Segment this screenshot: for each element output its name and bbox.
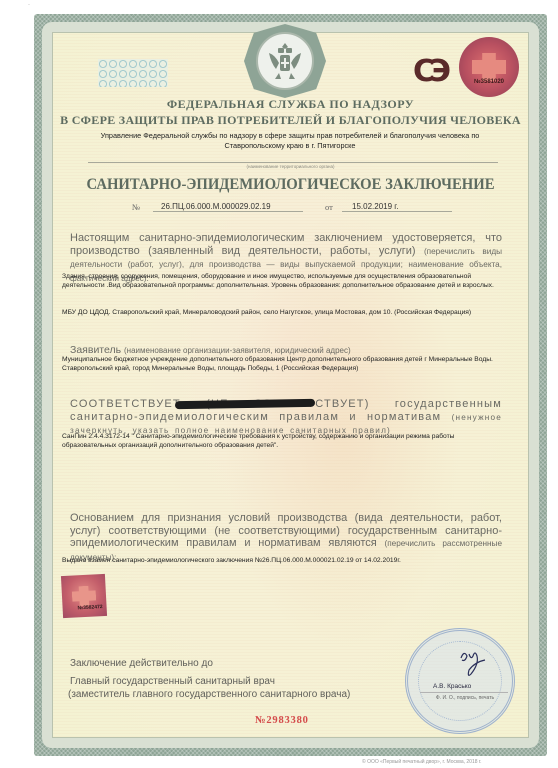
document-number: 26.ПЦ.06.000.М.000029.02.19	[153, 202, 303, 212]
number-label: №	[132, 202, 140, 212]
document-number-row: № 26.ПЦ.06.000.М.000029.02.19 от 15.02.2…	[0, 202, 558, 216]
hologram-seal-icon: №3581020	[459, 37, 519, 97]
security-hologram-strip	[98, 59, 168, 87]
form-serial-number: №2983380	[255, 715, 309, 726]
official-stamp-icon	[405, 628, 515, 734]
department-name: Управление Федеральной службы по надзору…	[70, 131, 510, 151]
printer-imprint: © ООО «Первый печатный двор», г. Москва,…	[362, 759, 482, 765]
coat-of-arms-icon	[256, 32, 314, 90]
scan-mark: ·	[28, 2, 30, 8]
applicant-value: Муниципальное бюджетное учреждение допол…	[62, 355, 502, 373]
document-date: 15.02.2019 г.	[342, 202, 452, 212]
deputy-title: (заместитель главного государственного с…	[68, 689, 350, 700]
valid-until-label: Заключение действительно до	[70, 658, 213, 669]
se-logo: СЭ	[413, 54, 445, 89]
divider	[88, 162, 498, 163]
cross-icon	[71, 585, 96, 606]
hologram-sticker-icon: №3582472	[61, 574, 107, 618]
date-label: от	[325, 202, 333, 212]
hologram-number: №3581020	[459, 79, 519, 85]
basis-value: Выдано взамен санитарно-эпидемиологическ…	[62, 556, 502, 565]
chief-title: Главный государственный санитарный врач	[70, 676, 275, 687]
signer-caption: Ф. И. О., подпись, печать	[420, 695, 510, 701]
object-description: Здания, строения, сооружения, помещения,…	[62, 272, 502, 290]
organ-caption: (наименование территориального органа)	[52, 164, 529, 169]
signer-name: А.В. Красько	[433, 683, 471, 690]
signature-icon	[455, 648, 495, 678]
agency-title-line2: В СФЕРЕ ЗАЩИТЫ ПРАВ ПОТРЕБИТЕЛЕЙ И БЛАГО…	[52, 113, 529, 128]
cross-icon	[472, 53, 506, 81]
object-address: МБУ ДО ЦДОД. Ставропольский край, Минера…	[62, 308, 502, 317]
agency-title-line1: ФЕДЕРАЛЬНАЯ СЛУЖБА ПО НАДЗОРУ	[52, 97, 529, 112]
sanpin-reference: СанПин 2.4.4.3172-14 " Санитарно-эпидеми…	[62, 432, 502, 450]
applicant-hint: (наименование организации-заявителя, юри…	[124, 346, 351, 355]
signature-line	[420, 692, 508, 693]
hologram-small-number: №3582472	[77, 604, 102, 611]
document-title: САНИТАРНО-ЭПИДЕМИОЛОГИЧЕСКОЕ ЗАКЛЮЧЕНИЕ	[64, 176, 517, 194]
